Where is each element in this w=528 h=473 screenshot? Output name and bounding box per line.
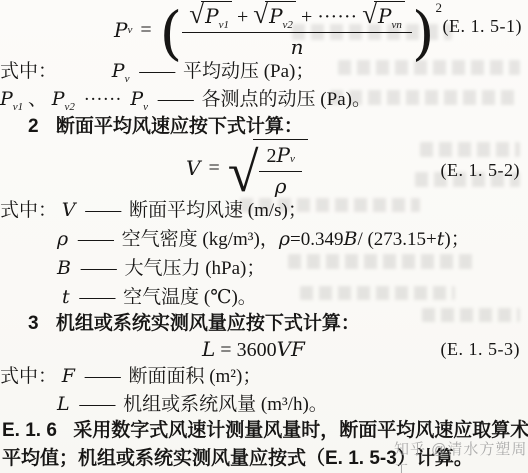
equals-sign: = xyxy=(208,156,219,180)
definition-text: 空气密度 (kg/m³)， xyxy=(122,229,279,250)
symbol-b: B xyxy=(57,257,71,279)
where-prefix: 式中： xyxy=(0,200,57,221)
eq3-coeff: 3600 xyxy=(237,339,277,361)
em-dash: —— xyxy=(79,394,113,415)
eq1-p1: P xyxy=(205,4,218,28)
equation-e152: V = √ 2Pv ρ xyxy=(186,141,308,195)
plus-sign: + xyxy=(237,5,248,29)
inline-mid: / (273.15+ xyxy=(357,229,436,250)
inline-end: )； xyxy=(444,229,469,250)
where-line-f: 式中： F —— 断面面积 (m²)； xyxy=(0,364,261,389)
em-dash: —— xyxy=(79,287,113,308)
eq3-lhs: L xyxy=(202,337,215,361)
item-3: 3 机组或系统实测风量应按下式计算： xyxy=(28,312,360,336)
where-prefix: 式中： xyxy=(0,61,57,82)
em-dash: —— xyxy=(158,89,192,110)
bleedthrough-artifact xyxy=(422,308,520,322)
eq1-lhs: P xyxy=(114,18,127,42)
equation-number-e152: (E. 1. 5-2) xyxy=(441,160,520,181)
sqrt-radicand: Pvn xyxy=(374,1,405,29)
zhihu-watermark: 知乎 @清水方塑周工 xyxy=(394,438,528,473)
symbol-pv-sub: v xyxy=(125,73,130,85)
item-text: 断面平均风速应按下式计算： xyxy=(56,116,303,137)
symbol-pv2-sub: v2 xyxy=(65,101,75,113)
inline-b: B xyxy=(343,228,357,250)
inline-eq: =0.349 xyxy=(290,229,343,250)
symbol-f: F xyxy=(62,365,75,387)
item-text: 机组或系统实测风量应按下式计算： xyxy=(56,313,360,334)
equation-number-e151: (E. 1. 5-1) xyxy=(443,16,522,37)
where-line-t: t —— 空气温度 (℃)。 xyxy=(62,285,257,310)
where-line-pv: 式中： Pv —— 平均动压 (Pa)； xyxy=(0,59,314,84)
definition-text: 大气压力 (hPa)； xyxy=(124,258,265,279)
em-dash: —— xyxy=(81,258,115,279)
bleedthrough-artifact xyxy=(288,254,478,269)
eq2-numerator: 2Pv xyxy=(259,143,301,172)
sqrt-radicand: 2Pv ρ xyxy=(253,139,307,198)
definition-text: 空气温度 (℃)。 xyxy=(123,287,257,308)
eq2-coeff: 2 xyxy=(266,144,276,168)
em-dash: —— xyxy=(85,366,119,387)
sqrt-radicand: Pv1 xyxy=(201,1,232,29)
symbol-pvn: P xyxy=(130,88,143,110)
bleedthrough-artifact xyxy=(300,286,455,300)
symbol-t: t xyxy=(62,286,70,308)
eq1-numerator: √ Pv1 + √ Pv2 + ······ √ Pvn xyxy=(182,1,412,33)
em-dash: —— xyxy=(139,61,173,82)
inline-rho: ρ xyxy=(279,228,290,250)
where-prefix: 式中： xyxy=(0,366,57,387)
sqrt-term-1: √ Pv1 xyxy=(189,1,232,29)
definition-text: 各测点的动压 (Pa)。 xyxy=(202,89,371,110)
eq1-p2-sub: v2 xyxy=(283,19,293,31)
where-line-v: 式中： V —— 断面平均风速 (m/s)； xyxy=(0,198,307,223)
symbol-l: L xyxy=(57,393,70,415)
clause-number: E. 1. 6 xyxy=(2,420,57,441)
eq2-p: P xyxy=(276,143,289,167)
where-line-pv1n: Pv1 、 Pv2 ······ Pv —— 各测点的动压 (Pa)。 xyxy=(0,87,371,112)
eq2-lhs: V xyxy=(186,156,200,180)
symbol-pv1-sub: v1 xyxy=(13,101,23,113)
sqrt-radicand: Pv2 xyxy=(265,1,296,29)
eq1-fraction: √ Pv1 + √ Pv2 + ······ √ Pvn n xyxy=(182,1,412,59)
sqrt-term-n: √ Pvn xyxy=(362,1,405,29)
equals-sign: = xyxy=(215,339,236,361)
eq3-vars: VF xyxy=(277,337,305,361)
symbol-v: V xyxy=(62,199,76,221)
ellipsis-dots: ······ xyxy=(84,89,122,110)
eq1-p1-sub: v1 xyxy=(219,19,229,31)
where-line-rho: ρ —— 空气密度 (kg/m³)，ρ=0.349B/ (273.15+t)； xyxy=(57,227,470,252)
enum-comma: 、 xyxy=(28,89,47,110)
equation-e153: L = 3600VF xyxy=(202,337,305,362)
equation-number-e153: (E. 1. 5-3) xyxy=(441,339,520,360)
symbol-rho: ρ xyxy=(57,228,68,250)
bleedthrough-artifact xyxy=(420,142,520,157)
item-number: 2 xyxy=(28,116,39,137)
equals-sign: = xyxy=(140,18,151,42)
eq2-fraction: 2Pv ρ xyxy=(259,143,301,198)
em-dash: —— xyxy=(85,200,119,221)
where-line-l: L —— 机组或系统风量 (m³/h)。 xyxy=(57,392,328,417)
definition-text: 断面平均风速 (m/s)； xyxy=(129,200,307,221)
eq1-pn: P xyxy=(378,4,391,28)
symbol-pv1: P xyxy=(0,88,13,110)
eq1-denominator: n xyxy=(291,33,304,59)
symbol-pvn-sub: v xyxy=(143,101,148,113)
definition-text: 断面面积 (m²)； xyxy=(128,366,261,387)
equation-e151: Pv = ( √ Pv1 + √ Pv2 + ······ √ Pvn n xyxy=(114,4,441,56)
eq1-p2: P xyxy=(269,4,282,28)
where-line-b: B —— 大气压力 (hPa)； xyxy=(57,256,265,281)
item-number: 3 xyxy=(28,313,39,334)
symbol-pv2: P xyxy=(52,88,65,110)
item-2: 2 断面平均风速应按下式计算： xyxy=(28,115,303,139)
eq1-exponent: 2 xyxy=(436,0,443,20)
plus-dots: + ······ xyxy=(301,5,357,29)
em-dash: —— xyxy=(78,229,112,250)
definition-text: 平均动压 (Pa)； xyxy=(183,61,314,82)
eq2-denominator: ρ xyxy=(275,172,287,198)
eq1-pn-sub: vn xyxy=(391,19,401,31)
definition-text: 机组或系统风量 (m³/h)。 xyxy=(123,394,328,415)
document-page: Pv = ( √ Pv1 + √ Pv2 + ······ √ Pvn n xyxy=(0,0,528,473)
symbol-pv: P xyxy=(112,60,125,82)
sqrt-term-2: √ Pv2 xyxy=(253,1,296,29)
